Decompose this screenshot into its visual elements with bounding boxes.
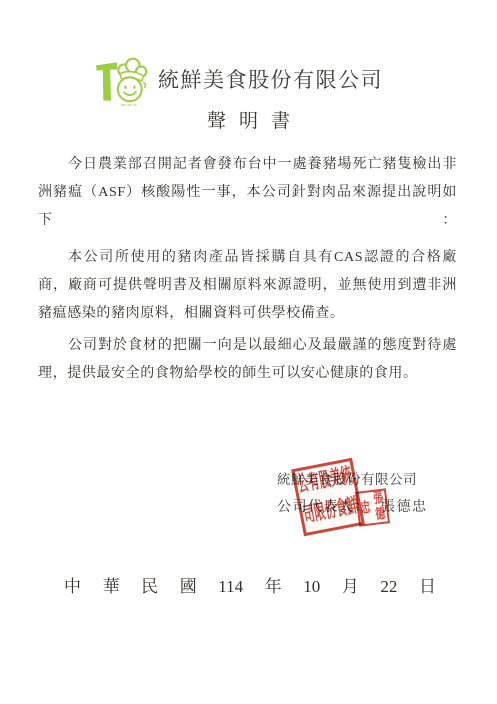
date-token: 月 [342, 572, 359, 597]
date-token-day: 22 [380, 577, 397, 597]
document-title: 聲明書 [0, 106, 497, 133]
date-token: 民 [141, 572, 158, 597]
seal-column: 張德 [371, 490, 388, 522]
date-token-month: 10 [303, 577, 320, 597]
body-line: 今日農業部召開記者會發布台中一處養豬場死亡豬隻檢出非 [38, 151, 457, 179]
date-token-year: 114 [218, 577, 243, 597]
paragraph: 本公司所使用的豬肉產品皆採購自具有CAS認證的合格廠 商，廠商可提供聲明書及相關… [38, 244, 457, 328]
date-token: 華 [103, 572, 120, 597]
date-token: 中 [64, 572, 81, 597]
body-line: 理，提供最安全的食物給學校的師生可以安心健康的食用。 [38, 360, 457, 388]
body-line: 洲豬瘟（ASF）核酸陽性一事，本公司針對肉品來源提出說明如下： [38, 179, 457, 235]
company-name: 統鮮美食股份有限公司 [158, 64, 383, 94]
body-line: 商，廠商可提供聲明書及相關原料來源證明，並無使用到遭非洲 [38, 272, 457, 300]
date-token: 國 [180, 572, 197, 597]
representative-seal-stamp: 張德忠 [355, 488, 390, 527]
date-line: 中 華 民 國 114 年 10 月 22 日 [64, 572, 436, 597]
statement-document: 統鮮美食股份有限公司 聲明書 今日農業部召開記者會發布台中一處養豬場死亡豬隻檢出… [0, 0, 497, 704]
paragraph: 公司對於食材的把關一向是以最細心及最嚴謹的態度對待處 理，提供最安全的食物給學校… [38, 332, 457, 388]
paragraph: 今日農業部召開記者會發布台中一處養豬場死亡豬隻檢出非 洲豬瘟（ASF）核酸陽性一… [38, 151, 457, 235]
company-seal-stamp: 統鮮美食股份有限公司 [291, 458, 365, 537]
company-logo [94, 56, 152, 108]
body-line: 本公司所使用的豬肉產品皆採購自具有CAS認證的合格廠 [38, 244, 457, 272]
statement-body: 今日農業部召開記者會發布台中一處養豬場死亡豬隻檢出非 洲豬瘟（ASF）核酸陽性一… [38, 151, 457, 388]
chef-logo-icon [94, 56, 152, 108]
date-token: 日 [419, 572, 436, 597]
date-token: 年 [265, 572, 282, 597]
body-line: 豬瘟感染的豬肉原料，相關資料可供學校備查。 [38, 300, 457, 328]
body-line: 公司對於食材的把關一向是以最細心及最嚴謹的態度對待處 [38, 332, 457, 360]
